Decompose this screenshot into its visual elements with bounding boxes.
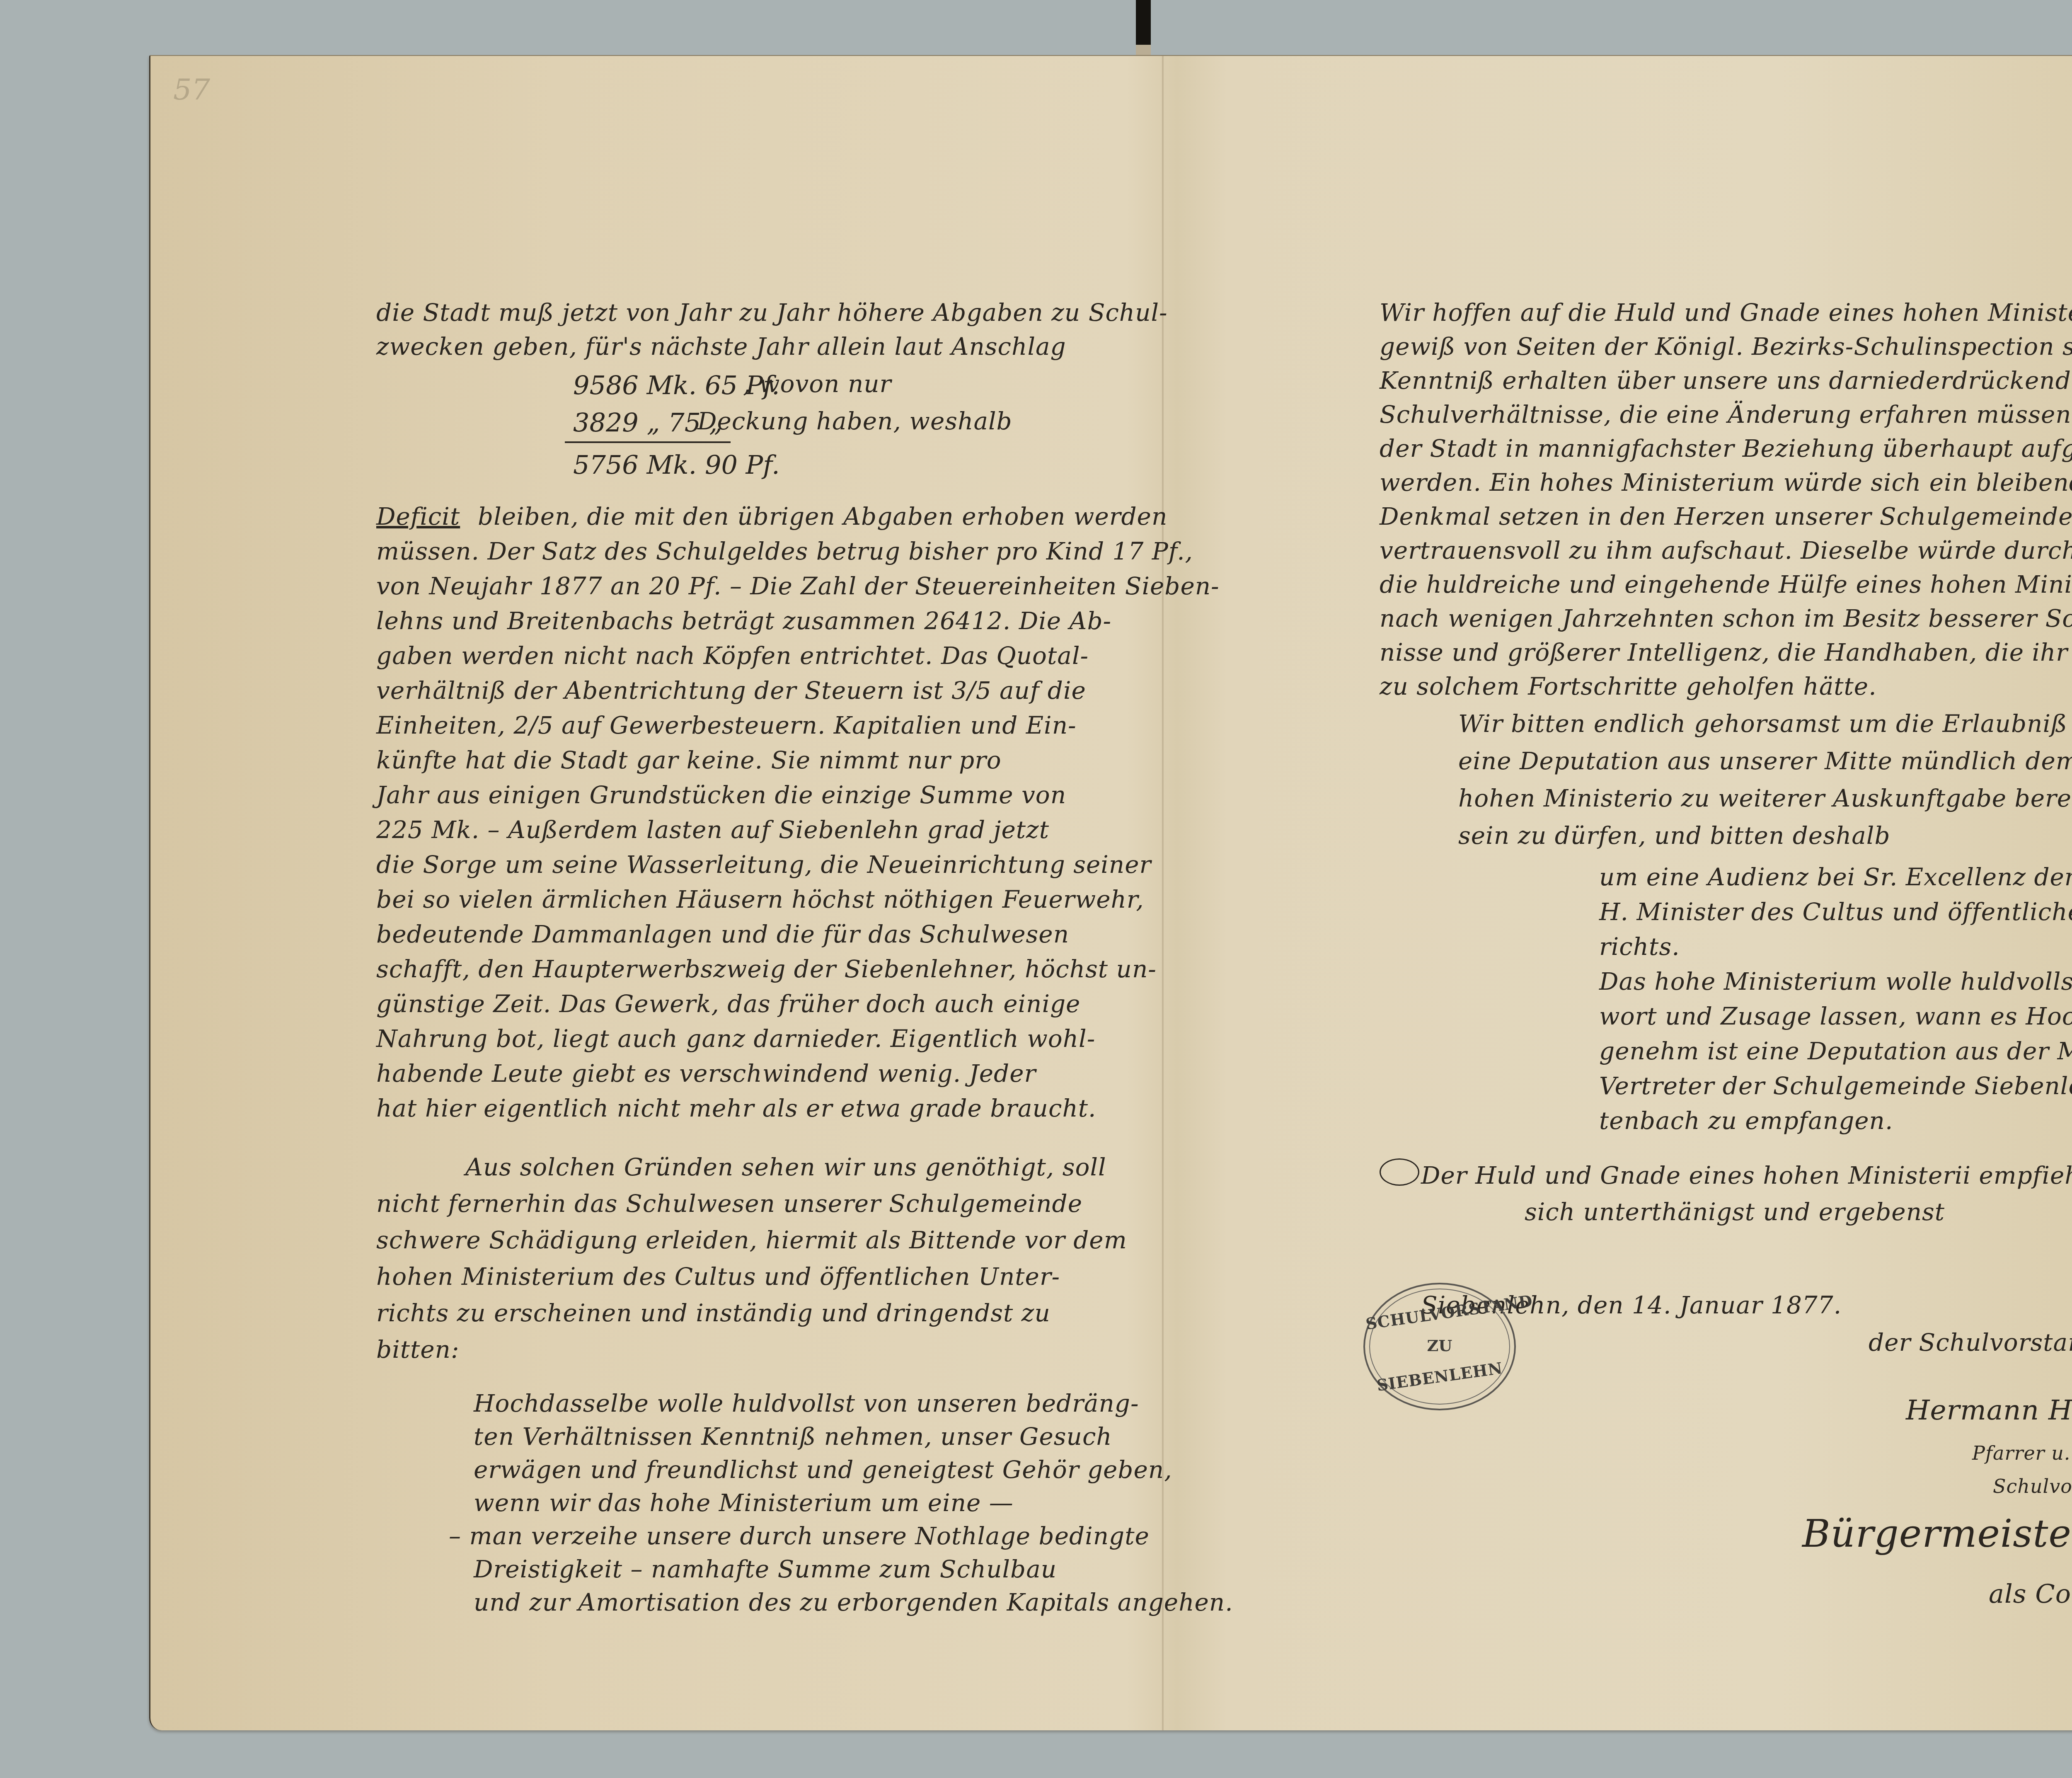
- paragraph-line: künfte hat die Stadt gar keine. Sie nimm…: [376, 748, 1002, 772]
- paragraph-line: Einheiten, 2/5 auf Gewerbesteuern. Kapit…: [376, 713, 1077, 737]
- paragraph-line: habende Leute giebt es verschwindend wen…: [376, 1061, 1036, 1085]
- paragraph-line: zu solchem Fortschritte geholfen hätte.: [1380, 674, 1877, 698]
- paragraph-line: bleiben, die mit den übrigen Abgaben erh…: [478, 504, 1167, 528]
- paragraph-line: gaben werden nicht nach Köpfen entrichte…: [376, 644, 1089, 668]
- closing-flourish: [1380, 1158, 1419, 1186]
- paragraph-line: nach wenigen Jahrzehnten schon im Besitz…: [1380, 606, 2072, 630]
- paragraph-line: hohen Ministerium des Cultus und öffentl…: [376, 1264, 1060, 1289]
- paragraph-line: bedeutende Dammanlagen und die für das S…: [376, 922, 1069, 946]
- stamp-text-middle: ZU: [1365, 1336, 1514, 1355]
- schulvorstand-stamp: SCHULVORSTAND ZU SIEBENLEHN: [1363, 1283, 1516, 1410]
- paragraph-line: Kenntniß erhalten über unsere uns darnie…: [1380, 368, 2072, 392]
- request-line: Vertreter der Schulgemeinde Siebenlehn-B…: [1599, 1074, 2072, 1098]
- paragraph-line: Jahr aus einigen Grundstücken die einzig…: [376, 783, 1066, 807]
- closing-line: Der Huld und Gnade eines hohen Ministeri…: [1421, 1163, 2072, 1187]
- request-line: genehm ist eine Deputation aus der Mitte…: [1599, 1039, 2072, 1063]
- paragraph-line: schafft, den Haupterwerbszweig der Siebe…: [376, 957, 1157, 981]
- closing-line: sich unterthänigst und ergebenst: [1525, 1200, 1945, 1224]
- request-line: Dreistigkeit – namhafte Summe zum Schulb…: [474, 1557, 1057, 1581]
- paragraph-line: vertrauensvoll zu ihm aufschaut. Dieselb…: [1380, 538, 2072, 562]
- request-line: Hochdasselbe wolle huldvollst von unsere…: [474, 1391, 1139, 1415]
- paragraph-line: hat hier eigentlich nicht mehr als er et…: [376, 1096, 1097, 1120]
- paragraph-line: Schulverhältnisse, die eine Änderung erf…: [1380, 402, 2072, 426]
- paragraph-line: Wir bitten endlich gehorsamst um die Erl…: [1458, 712, 2072, 736]
- paragraph-line: die huldreiche und eingehende Hülfe eine…: [1380, 572, 2072, 596]
- request-line: wenn wir das hohe Ministerium um eine —: [474, 1491, 1014, 1515]
- paragraph-line: bei so vielen ärmlichen Häusern höchst n…: [376, 887, 1144, 911]
- request-line: um eine Audienz bei Sr. Excellenz dem: [1599, 865, 2072, 889]
- paragraph-line: gewiß von Seiten der Königl. Bezirks-Sch…: [1380, 334, 2072, 359]
- signature-kreysse: Bürgermeister Dr. Kreyße: [1802, 1515, 2072, 1553]
- request-line: Das hohe Ministerium wolle huldvollst un…: [1599, 969, 2072, 993]
- paragraph-line: müssen. Der Satz des Schulgeldes betrug …: [376, 539, 1193, 563]
- paragraph-line: von Neujahr 1877 an 20 Pf. – Die Zahl de…: [376, 574, 1220, 598]
- request-line: erwägen und freundlichst und geneigtest …: [474, 1458, 1172, 1482]
- paragraph-line: werden. Ein hohes Ministerium würde sich…: [1380, 470, 2072, 494]
- paragraph-line: schwere Schädigung erleiden, hiermit als…: [376, 1228, 1127, 1252]
- request-line: ten Verhältnissen Kenntniß nehmen, unser…: [474, 1424, 1112, 1449]
- document-spread: 57 die Stadt muß jetzt von Jahr zu Jahr …: [149, 55, 2072, 1730]
- paragraph-line: eine Deputation aus unserer Mitte mündli…: [1458, 749, 2072, 773]
- calc-suffix: Deckung haben, weshalb: [697, 409, 1012, 433]
- paragraph-line: der Stadt in mannigfachster Beziehung üb…: [1380, 436, 2072, 460]
- intro-line: zwecken geben, für's nächste Jahr allein…: [376, 334, 1066, 359]
- binding-tab: [1136, 45, 1151, 56]
- paragraph-line: 225 Mk. – Außerdem lasten auf Siebenlehn…: [376, 818, 1049, 842]
- paragraph-line: günstige Zeit. Das Gewerk, das früher do…: [376, 992, 1080, 1016]
- paragraph-line: lehns und Breitenbachs beträgt zusammen …: [376, 609, 1111, 633]
- paragraph-line: Aus solchen Gründen sehen wir uns genöth…: [465, 1155, 1106, 1179]
- request-line: H. Minister des Cultus und öffentlichen …: [1599, 900, 2072, 924]
- sum-rule: [565, 441, 731, 443]
- left-page: 57 die Stadt muß jetzt von Jahr zu Jahr …: [150, 56, 1162, 1730]
- signature-body: der Schulvorstand zu Siebenlehn.: [1869, 1330, 2072, 1354]
- paragraph-line: nicht fernerhin das Schulwesen unserer S…: [376, 1192, 1082, 1216]
- calc-amount-deficit: 5756 Mk. 90 Pf.: [573, 450, 780, 480]
- right-page: 55. Wir hoffen auf die Huld und Gnade ei…: [1164, 56, 2072, 1730]
- paragraph-line: Nahrung bot, liegt auch ganz darnieder. …: [376, 1027, 1095, 1051]
- deficit-word: Deficit: [376, 504, 460, 528]
- request-line: – man verzeihe unsere durch unsere Nothl…: [449, 1524, 1150, 1548]
- request-line: richts.: [1599, 935, 1680, 959]
- paragraph-line: bitten:: [376, 1337, 460, 1361]
- paragraph-line: die Sorge um seine Wasserleitung, die Ne…: [376, 853, 1151, 877]
- request-line: wort und Zusage lassen, wann es Hochdems…: [1599, 1004, 2072, 1028]
- intro-line: die Stadt muß jetzt von Jahr zu Jahr höh…: [376, 300, 1168, 325]
- request-line: tenbach zu empfangen.: [1599, 1109, 1893, 1133]
- signer1-title: Pfarrer u. Vorsitzender des: [1972, 1444, 2072, 1463]
- paragraph-line: Wir hoffen auf die Huld und Gnade eines …: [1380, 300, 2072, 325]
- signer1-title: Schulvorstandes.: [1993, 1477, 2072, 1496]
- paragraph-line: sein zu dürfen, und bitten deshalb: [1458, 824, 1890, 848]
- paragraph-line: Denkmal setzen in den Herzen unserer Sch…: [1380, 504, 2072, 528]
- paragraph-line: verhältniß der Abentrichtung der Steuern…: [376, 678, 1086, 702]
- paragraph-line: hohen Ministerio zu weiterer Auskunftgab…: [1458, 786, 2072, 810]
- request-line: und zur Amortisation des zu erborgenden …: [474, 1590, 1233, 1614]
- signer2-title: als Collaturstellver.: [1989, 1581, 2072, 1607]
- ghost-folio-mark: 57: [173, 73, 210, 107]
- paragraph-line: richts zu erscheinen und inständig und d…: [376, 1301, 1051, 1325]
- signature-hildebrand: Hermann Hildebrand,: [1906, 1397, 2072, 1424]
- calc-suffix: , wovon nur: [743, 372, 891, 396]
- paragraph-line: nisse und größerer Intelligenz, die Hand…: [1380, 640, 2068, 664]
